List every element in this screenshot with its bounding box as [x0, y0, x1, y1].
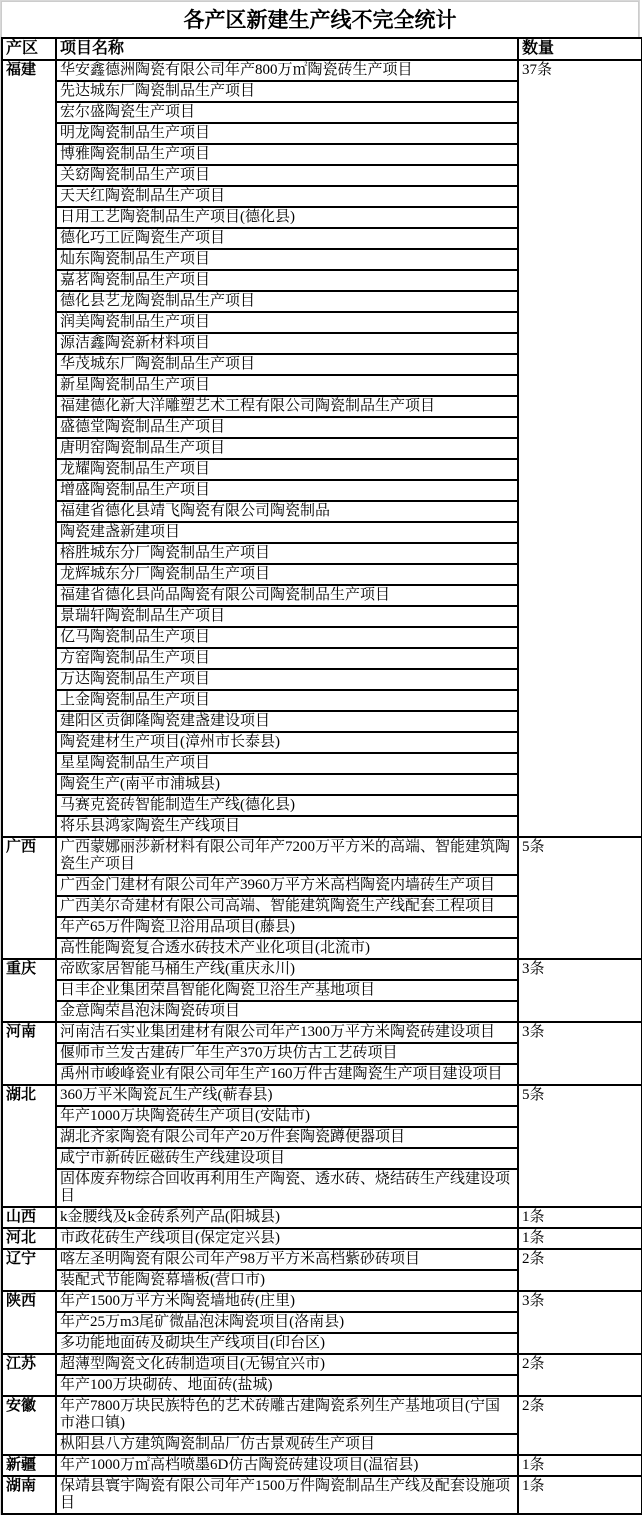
- col-header-count: 数量: [518, 38, 642, 60]
- project-cell: 景瑞轩陶瓷制品生产项目: [56, 606, 518, 627]
- project-cell: 高性能陶瓷复合透水砖技术产业化项目(北流市): [56, 938, 518, 959]
- project-cell: 龙耀陶瓷制品生产项目: [56, 459, 518, 480]
- count-cell: 1条: [518, 1228, 642, 1249]
- table-title: 各产区新建生产线不完全统计: [1, 1, 639, 37]
- project-cell: 禹州市峻峰瓷业有限公司年生产160万件古建陶瓷生产项目建设项目: [56, 1064, 518, 1085]
- table-row: 新疆年产1000万㎡高档喷墨6D仿古陶瓷砖建设项目(温宿县)1条: [2, 1455, 642, 1476]
- table-row: 山西k金腰线及k金砖系列产品(阳城县)1条: [2, 1207, 642, 1228]
- header-row: 产区 项目名称 数量: [2, 38, 642, 60]
- project-cell: 年产1000万块陶瓷砖生产项目(安陆市): [56, 1106, 518, 1127]
- count-cell: 1条: [518, 1455, 642, 1476]
- region-cell: 福建: [2, 60, 56, 837]
- project-cell: 增盛陶瓷制品生产项目: [56, 480, 518, 501]
- count-cell: 3条: [518, 959, 642, 1022]
- table-row: 辽宁喀左圣明陶瓷有限公司年产98万平方米高档紫砂砖项目2条: [2, 1249, 642, 1270]
- project-cell: 年产1000万㎡高档喷墨6D仿古陶瓷砖建设项目(温宿县): [56, 1455, 518, 1476]
- project-cell: 宏尔盛陶瓷生产项目: [56, 102, 518, 123]
- region-cell: 安徽: [2, 1396, 56, 1455]
- table-row: 陕西年产1500万平方米陶瓷墙地砖(庄里)3条: [2, 1291, 642, 1312]
- project-cell: 年产1500万平方米陶瓷墙地砖(庄里): [56, 1291, 518, 1312]
- table-header: 产区 项目名称 数量: [2, 38, 642, 60]
- project-cell: 广西美尔奇建材有限公司高端、智能建筑陶瓷生产线配套工程项目: [56, 896, 518, 917]
- table-row: 河南河南洁石实业集团建材有限公司年产1300万平方米陶瓷砖建设项目3条: [2, 1022, 642, 1043]
- count-cell: 3条: [518, 1291, 642, 1354]
- project-cell: 360万平米陶瓷瓦生产线(蕲春县): [56, 1085, 518, 1106]
- project-cell: 源洁鑫陶瓷新材料项目: [56, 333, 518, 354]
- count-cell: 3条: [518, 1022, 642, 1085]
- count-cell: 2条: [518, 1396, 642, 1455]
- project-cell: 盛德堂陶瓷制品生产项目: [56, 417, 518, 438]
- project-cell: 保靖县寰宇陶瓷有限公司年产1500万件陶瓷制品生产线及配套设施项目: [56, 1476, 518, 1514]
- region-cell: 河北: [2, 1228, 56, 1249]
- count-cell: 5条: [518, 837, 642, 959]
- project-cell: 年产100万块砌砖、地面砖(盐城): [56, 1375, 518, 1396]
- project-cell: 福建德化新大洋雕塑艺术工程有限公司陶瓷制品生产项目: [56, 396, 518, 417]
- project-cell: 咸宁市新砖匠磁砖生产线建设项目: [56, 1148, 518, 1169]
- project-cell: 万达陶瓷制品生产项目: [56, 669, 518, 690]
- project-cell: 福建省德化县靖飞陶瓷有限公司陶瓷制品: [56, 501, 518, 522]
- project-cell: 灿东陶瓷制品生产项目: [56, 249, 518, 270]
- region-cell: 山西: [2, 1207, 56, 1228]
- project-cell: 陶瓷建材生产项目(漳州市长泰县): [56, 732, 518, 753]
- project-cell: 装配式节能陶瓷幕墙板(营口市): [56, 1270, 518, 1291]
- region-cell: 新疆: [2, 1455, 56, 1476]
- col-header-region: 产区: [2, 38, 56, 60]
- project-cell: 润美陶瓷制品生产项目: [56, 312, 518, 333]
- project-cell: 天天红陶瓷制品生产项目: [56, 186, 518, 207]
- table-row: 广西广西蒙娜丽莎新材料有限公司年产7200万平方米的高端、智能建筑陶瓷生产项目5…: [2, 837, 642, 875]
- spreadsheet-page: 各产区新建生产线不完全统计 产区 项目名称 数量 福建华安鑫德洲陶瓷有限公司年产…: [0, 0, 640, 1515]
- table-row: 河北市政花砖生产线项目(保定定兴县)1条: [2, 1228, 642, 1249]
- project-cell: k金腰线及k金砖系列产品(阳城县): [56, 1207, 518, 1228]
- project-cell: 上金陶瓷制品生产项目: [56, 690, 518, 711]
- count-cell: 37条: [518, 60, 642, 837]
- project-cell: 龙辉城东分厂陶瓷制品生产项目: [56, 564, 518, 585]
- col-header-project: 项目名称: [56, 38, 518, 60]
- region-cell: 江苏: [2, 1354, 56, 1396]
- project-cell: 日丰企业集团荣昌智能化陶瓷卫浴生产基地项目: [56, 980, 518, 1001]
- project-cell: 榕胜城东分厂陶瓷制品生产项目: [56, 543, 518, 564]
- count-cell: 2条: [518, 1249, 642, 1291]
- project-cell: 关窈陶瓷制品生产项目: [56, 165, 518, 186]
- project-cell: 日用工艺陶瓷制品生产项目(德化县): [56, 207, 518, 228]
- project-cell: 年产7800万块民族特色的艺术砖雕古建陶瓷系列生产基地项目(宁国市港口镇): [56, 1396, 518, 1434]
- project-cell: 唐明窑陶瓷制品生产项目: [56, 438, 518, 459]
- project-cell: 德化县艺龙陶瓷制品生产项目: [56, 291, 518, 312]
- region-cell: 陕西: [2, 1291, 56, 1354]
- region-cell: 广西: [2, 837, 56, 959]
- project-cell: 固体废弃物综合回收再利用生产陶瓷、透水砖、烧结砖生产线建设项目: [56, 1169, 518, 1207]
- project-cell: 喀左圣明陶瓷有限公司年产98万平方米高档紫砂砖项目: [56, 1249, 518, 1270]
- project-cell: 嘉茗陶瓷制品生产项目: [56, 270, 518, 291]
- region-cell: 辽宁: [2, 1249, 56, 1291]
- region-cell: 湖北: [2, 1085, 56, 1207]
- project-cell: 明龙陶瓷制品生产项目: [56, 123, 518, 144]
- project-cell: 建阳区贡御隆陶瓷建盏建设项目: [56, 711, 518, 732]
- project-cell: 陶瓷生产(南平市浦城县): [56, 774, 518, 795]
- project-cell: 广西金门建材有限公司年产3960万平方米高档陶瓷内墙砖生产项目: [56, 875, 518, 896]
- table-row: 安徽年产7800万块民族特色的艺术砖雕古建陶瓷系列生产基地项目(宁国市港口镇)2…: [2, 1396, 642, 1434]
- project-cell: 华茂城东厂陶瓷制品生产项目: [56, 354, 518, 375]
- count-cell: 5条: [518, 1085, 642, 1207]
- project-cell: 新星陶瓷制品生产项目: [56, 375, 518, 396]
- count-cell: 2条: [518, 1354, 642, 1396]
- table-row: 福建华安鑫德洲陶瓷有限公司年产800万㎡陶瓷砖生产项目37条: [2, 60, 642, 81]
- project-cell: 博雅陶瓷制品生产项目: [56, 144, 518, 165]
- project-cell: 广西蒙娜丽莎新材料有限公司年产7200万平方米的高端、智能建筑陶瓷生产项目: [56, 837, 518, 875]
- project-cell: 年产25万m3尾矿微晶泡沫陶瓷项目(洛南县): [56, 1312, 518, 1333]
- region-cell: 河南: [2, 1022, 56, 1085]
- project-cell: 河南洁石实业集团建材有限公司年产1300万平方米陶瓷砖建设项目: [56, 1022, 518, 1043]
- project-cell: 湖北齐家陶瓷有限公司年产20万件套陶瓷蹲便器项目: [56, 1127, 518, 1148]
- table-row: 重庆帝欧家居智能马桶生产线(重庆永川)3条: [2, 959, 642, 980]
- project-cell: 马赛克瓷砖智能制造生产线(德化县): [56, 795, 518, 816]
- project-cell: 亿马陶瓷制品生产项目: [56, 627, 518, 648]
- table-body: 福建华安鑫德洲陶瓷有限公司年产800万㎡陶瓷砖生产项目37条先达城东厂陶瓷制品生…: [2, 60, 642, 1514]
- project-cell: 先达城东厂陶瓷制品生产项目: [56, 81, 518, 102]
- count-cell: 1条: [518, 1207, 642, 1228]
- production-lines-table: 产区 项目名称 数量 福建华安鑫德洲陶瓷有限公司年产800万㎡陶瓷砖生产项目37…: [1, 37, 642, 1515]
- project-cell: 金意陶荣昌泡沫陶瓷砖项目: [56, 1001, 518, 1022]
- table-row: 江苏超薄型陶瓷文化砖制造项目(无锡宜兴市)2条: [2, 1354, 642, 1375]
- project-cell: 方窑陶瓷制品生产项目: [56, 648, 518, 669]
- region-cell: 重庆: [2, 959, 56, 1022]
- project-cell: 市政花砖生产线项目(保定定兴县): [56, 1228, 518, 1249]
- project-cell: 福建省德化县尚品陶瓷有限公司陶瓷制品生产项目: [56, 585, 518, 606]
- project-cell: 年产65万件陶瓷卫浴用品项目(藤县): [56, 917, 518, 938]
- project-cell: 超薄型陶瓷文化砖制造项目(无锡宜兴市): [56, 1354, 518, 1375]
- project-cell: 帝欧家居智能马桶生产线(重庆永川): [56, 959, 518, 980]
- project-cell: 偃师市兰发古建砖厂年生产370万块仿古工艺砖项目: [56, 1043, 518, 1064]
- project-cell: 星星陶瓷制品生产项目: [56, 753, 518, 774]
- count-cell: 1条: [518, 1476, 642, 1514]
- table-row: 湖北360万平米陶瓷瓦生产线(蕲春县)5条: [2, 1085, 642, 1106]
- region-cell: 湖南: [2, 1476, 56, 1514]
- project-cell: 陶瓷建盏新建项目: [56, 522, 518, 543]
- project-cell: 多功能地面砖及砌块生产线项目(印台区): [56, 1333, 518, 1354]
- project-cell: 将乐县鸿家陶瓷生产线项目: [56, 816, 518, 837]
- project-cell: 华安鑫德洲陶瓷有限公司年产800万㎡陶瓷砖生产项目: [56, 60, 518, 81]
- table-row: 湖南保靖县寰宇陶瓷有限公司年产1500万件陶瓷制品生产线及配套设施项目1条: [2, 1476, 642, 1514]
- project-cell: 德化巧工匠陶瓷生产项目: [56, 228, 518, 249]
- project-cell: 枞阳县八方建筑陶瓷制品厂仿古景观砖生产项目: [56, 1434, 518, 1455]
